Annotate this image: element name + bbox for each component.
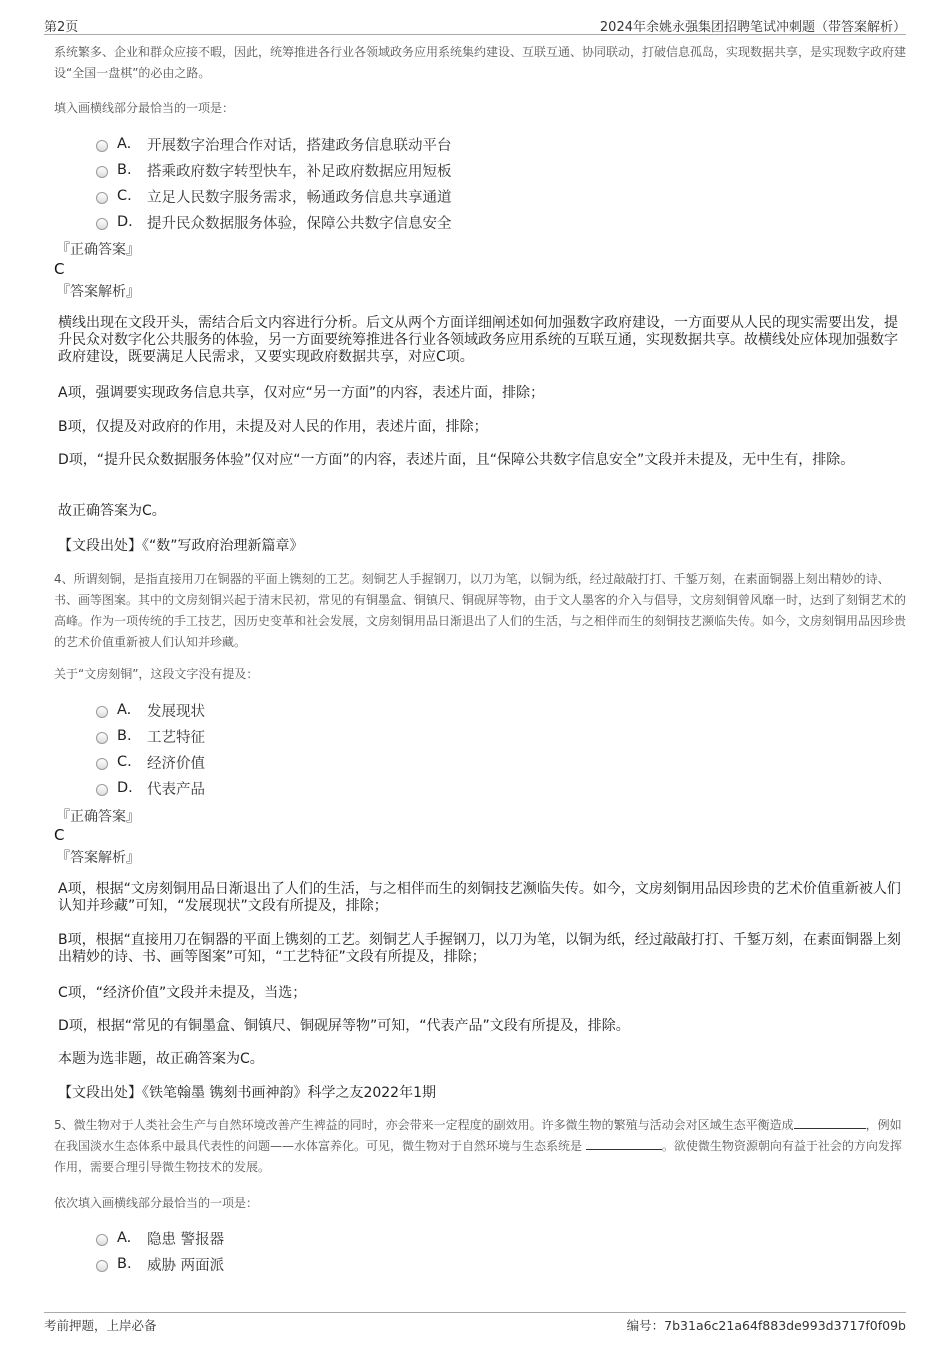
q4-option-c[interactable]: C.经济价值 bbox=[96, 749, 205, 775]
q4-analysis-label: 『答案解析』 bbox=[56, 847, 906, 867]
q3-option-d[interactable]: D.提升民众数据服务体验，保障公共数字信息安全 bbox=[96, 209, 452, 235]
q4-analysis-c: C项，“经济价值”文段并未提及，当选； bbox=[58, 985, 906, 1002]
q4-options: A.发展现状 B.工艺特征 C.经济价值 D.代表产品 bbox=[96, 697, 205, 801]
radio-icon[interactable] bbox=[96, 218, 108, 230]
q3-option-b[interactable]: B.搭乘政府数字转型快车，补足政府数据应用短板 bbox=[96, 157, 452, 183]
radio-icon[interactable] bbox=[96, 192, 108, 204]
q3-analysis-a: A项，强调要实现政务信息共享，仅对应“另一方面”的内容，表述片面，排除； bbox=[58, 385, 906, 402]
q3-analysis-label: 『答案解析』 bbox=[56, 281, 906, 301]
radio-icon[interactable] bbox=[96, 1234, 108, 1246]
q5-option-a[interactable]: A.隐患 警报器 bbox=[96, 1225, 224, 1251]
q4-analysis-conclusion: 本题为选非题，故正确答案为C。 bbox=[58, 1051, 906, 1068]
q4-source: 【文段出处】《铁笔翰墨 镌刻书画神韵》科学之友2022年1期 bbox=[58, 1085, 906, 1102]
q4-prompt: 关于“文房刻铜”，这段文字没有提及： bbox=[54, 664, 906, 685]
q3-option-a[interactable]: A.开展数字治理合作对话，搭建政务信息联动平台 bbox=[96, 131, 452, 157]
q4-option-a[interactable]: A.发展现状 bbox=[96, 697, 205, 723]
q3-source: 【文段出处】《“数”写政府治理新篇章》 bbox=[58, 538, 906, 555]
fill-blank-2 bbox=[586, 1137, 662, 1150]
q4-analysis-a: A项，根据“文房刻铜用品日渐退出了人们的生活，与之相伴而生的刻铜技艺濒临失传。如… bbox=[58, 881, 906, 915]
q4-analysis-d: D项，根据“常见的有铜墨盒、铜镇尺、铜砚屏等物”可知，“代表产品”文段有所提及，… bbox=[58, 1018, 906, 1035]
q5-prompt: 依次填入画横线部分最恰当的一项是： bbox=[54, 1193, 906, 1214]
q4-option-d[interactable]: D.代表产品 bbox=[96, 775, 205, 801]
footer-slogan: 考前押题，上岸必备 bbox=[44, 1316, 157, 1334]
q4-passage: 4、所谓刻铜，是指直接用刀在铜器的平面上镌刻的工艺。刻铜艺人手握钢刀，以刀为笔，… bbox=[54, 569, 906, 653]
page-footer: 考前押题，上岸必备 编号：7b31a6c21a64f883de993d3717f… bbox=[44, 1312, 906, 1313]
radio-icon[interactable] bbox=[96, 166, 108, 178]
document-id: 编号：7b31a6c21a64f883de993d3717f0f09b bbox=[627, 1316, 906, 1334]
q3-analysis-d: D项，“提升民众数据服务体验”仅对应“一方面”的内容，表述片面，且“保障公共数字… bbox=[58, 452, 906, 469]
radio-icon[interactable] bbox=[96, 784, 108, 796]
q3-passage: 系统繁多、企业和群众应接不暇，因此，统筹推进各行业各领域政务应用系统集约建设、互… bbox=[54, 42, 906, 84]
q4-option-b[interactable]: B.工艺特征 bbox=[96, 723, 205, 749]
q3-options: A.开展数字治理合作对话，搭建政务信息联动平台 B.搭乘政府数字转型快车，补足政… bbox=[96, 131, 452, 235]
page-header: 第2页 2024年余姚永强集团招聘笔试冲刺题（带答案解析） bbox=[44, 14, 906, 35]
document-title: 2024年余姚永强集团招聘笔试冲刺题（带答案解析） bbox=[600, 16, 906, 35]
fill-blank-1 bbox=[794, 1116, 866, 1129]
q5-option-b[interactable]: B.威胁 两面派 bbox=[96, 1251, 224, 1277]
q3-analysis-b: B项，仅提及对政府的作用，未提及对人民的作用，表述片面，排除； bbox=[58, 419, 906, 436]
q3-analysis-0: 横线出现在文段开头，需结合后文内容进行分析。后文从两个方面详细阐述如何加强数字政… bbox=[58, 315, 906, 366]
q4-correct-label: 『正确答案』 bbox=[56, 806, 906, 826]
q3-analysis-conclusion: 故正确答案为C。 bbox=[58, 503, 906, 520]
radio-icon[interactable] bbox=[96, 1260, 108, 1272]
q5-passage: 5、微生物对于人类社会生产与自然环境改善产生裨益的同时，亦会带来一定程度的副效用… bbox=[54, 1115, 906, 1178]
q3-correct-answer: C bbox=[54, 259, 906, 278]
q3-prompt: 填入画横线部分最恰当的一项是： bbox=[54, 98, 906, 119]
q3-option-c[interactable]: C.立足人民数字服务需求，畅通政务信息共享通道 bbox=[96, 183, 452, 209]
radio-icon[interactable] bbox=[96, 758, 108, 770]
radio-icon[interactable] bbox=[96, 140, 108, 152]
q4-correct-answer: C bbox=[54, 825, 906, 844]
radio-icon[interactable] bbox=[96, 706, 108, 718]
q4-analysis-b: B项，根据“直接用刀在铜器的平面上镌刻的工艺。刻铜艺人手握钢刀，以刀为笔，以铜为… bbox=[58, 932, 906, 966]
radio-icon[interactable] bbox=[96, 732, 108, 744]
q5-options: A.隐患 警报器 B.威胁 两面派 bbox=[96, 1225, 224, 1277]
q3-correct-label: 『正确答案』 bbox=[56, 239, 906, 259]
page-number: 第2页 bbox=[44, 16, 78, 35]
